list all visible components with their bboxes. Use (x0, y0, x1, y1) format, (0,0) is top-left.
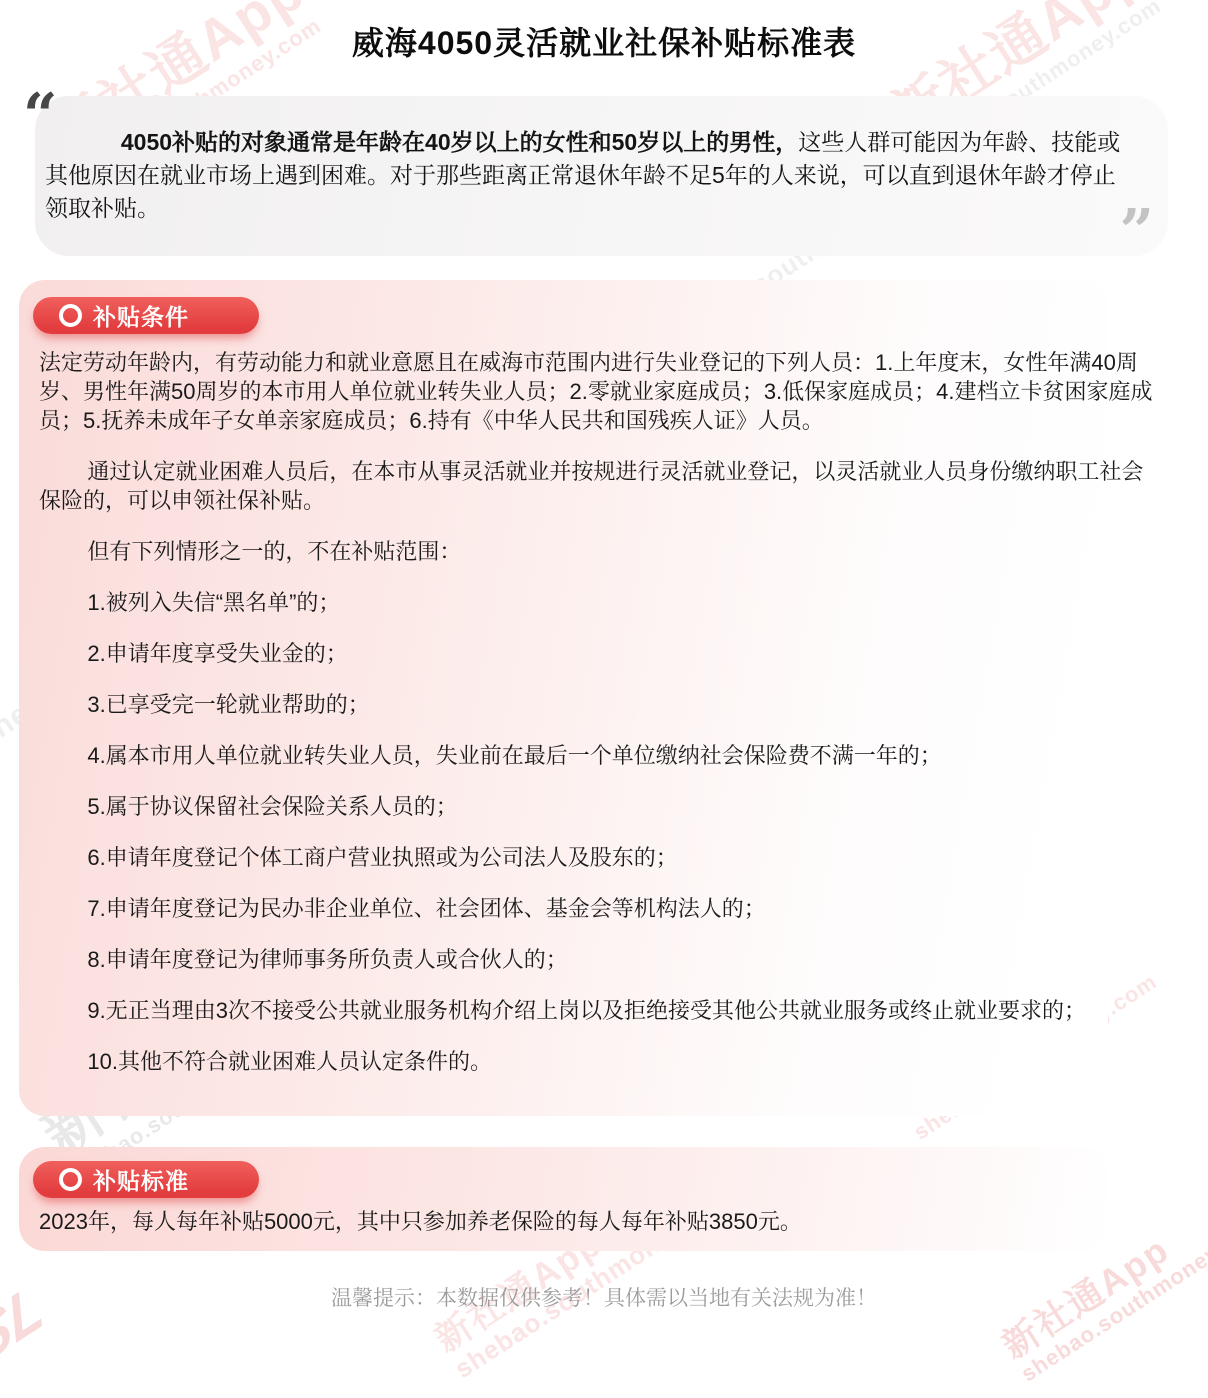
section-header-pill-conditions: 补贴条件 (33, 297, 259, 334)
conditions-paragraph: 法定劳动年龄内，有劳动能力和就业意愿且在威海市范围内进行失业登记的下列人员：1.… (19, 348, 1154, 435)
exclusion-list-item: 8.申请年度登记为律师事务所负责人或合伙人的； (19, 945, 1154, 974)
conditions-paragraph: 但有下列情形之一的，不在补贴范围： (19, 537, 1154, 566)
intro-paragraph: 4050补贴的对象通常是年龄在40岁以上的女性和50岁以上的男性，这些人群可能因… (45, 126, 1138, 225)
section-header-pill-standard: 补贴标准 (33, 1161, 259, 1198)
article: 威海4050灵活就业社保补贴标准表 “ 4050补贴的对象通常是年龄在40岁以上… (0, 0, 1208, 1314)
exclusion-list-item: 2.申请年度享受失业金的； (19, 639, 1154, 668)
exclusion-list-item: 1.被列入失信“黑名单”的； (19, 588, 1154, 617)
conditions-paragraph: 通过认定就业困难人员后，在本市从事灵活就业并按规进行灵活就业登记，以灵活就业人员… (19, 457, 1154, 515)
bullet-ring-icon (59, 304, 82, 327)
section-heading: 补贴条件 (93, 299, 189, 332)
page: { "title": "威海4050灵活就业社保补贴标准表", "intro":… (0, 0, 1208, 1398)
conditions-section: 补贴条件 法定劳动年龄内，有劳动能力和就业意愿且在威海市范围内进行失业登记的下列… (19, 280, 1108, 1116)
close-quote-icon: ” (1119, 202, 1154, 262)
footer-disclaimer: 温馨提示：本数据仅供参考！具体需以当地有关法规为准！ (0, 1284, 1208, 1314)
section-heading: 补贴标准 (93, 1163, 189, 1196)
exclusion-list-item: 3.已享受完一轮就业帮助的； (19, 690, 1154, 719)
open-quote-icon: “ (23, 86, 58, 146)
exclusion-list-item: 10.其他不符合就业困难人员认定条件的。 (19, 1047, 1154, 1076)
standard-section: 补贴标准 2023年，每人每年补贴5000元，其中只参加养老保险的每人每年补贴3… (19, 1147, 1108, 1251)
standard-paragraph: 2023年，每人每年补贴5000元，其中只参加养老保险的每人每年补贴3850元。 (19, 1207, 1154, 1236)
exclusion-list-item: 5.属于协议保留社会保险关系人员的； (19, 792, 1154, 821)
intro-bold-text: 4050补贴的对象通常是年龄在40岁以上的女性和50岁以上的男性， (121, 129, 798, 155)
exclusion-list-item: 9.无正当理由3次不接受公共就业服务机构介绍上岗以及拒绝接受其他公共就业服务或终… (19, 996, 1154, 1025)
exclusion-list-item: 7.申请年度登记为民办非企业单位、社会团体、基金会等机构法人的； (19, 894, 1154, 923)
page-title: 威海4050灵活就业社保补贴标准表 (0, 0, 1208, 62)
exclusion-list-item: 4.属本市用人单位就业转失业人员，失业前在最后一个单位缴纳社会保险费不满一年的； (19, 741, 1154, 770)
exclusion-list-item: 6.申请年度登记个体工商户营业执照或为公司法人及股东的； (19, 843, 1154, 872)
intro-quote-box: “ 4050补贴的对象通常是年龄在40岁以上的女性和50岁以上的男性，这些人群可… (35, 96, 1168, 256)
bullet-ring-icon (59, 1168, 82, 1191)
